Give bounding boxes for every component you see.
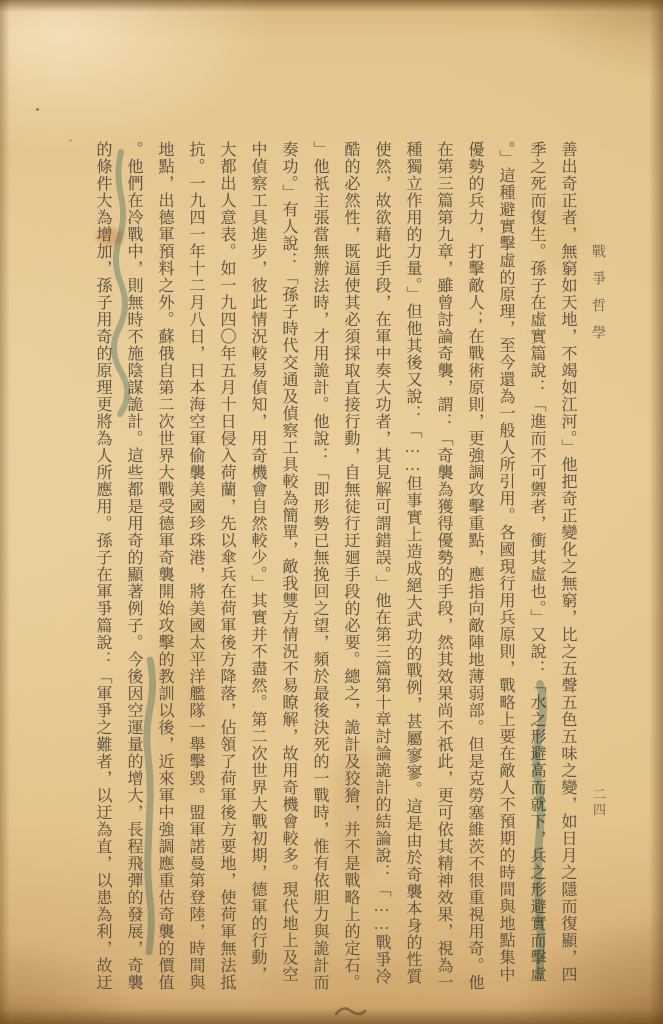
text-column-5: 在第三篇第九章，雖曾討論奇襲，謂：「奇襲為獲得優勢的手段，然其效果尚不祇此，更可… <box>428 141 459 997</box>
text-block: 善出奇正者，無窮如天地，不竭如江河。」他把奇正變化之無窮，比之五聲五色五味之變，… <box>87 141 583 997</box>
text-column-15: 。他們在冷戰中，則無時不施陰謀詭計。這些都是用奇的顯著例子。今後因空運量的增大，… <box>118 141 149 997</box>
text-column-12: 大都出人意表。如一九四〇年五月十日侵入荷蘭，先以傘兵在荷軍後方降落，佔領了荷軍後… <box>211 141 242 997</box>
scanned-book-page: 戰爭哲學 二四 善出奇正者，無窮如天地，不竭如江河。」他把奇正變化之無窮，比之五… <box>0 0 663 1024</box>
text-column-3: 。」這種避實擊虛的原理，至今還為一般人所引用。各國現行用兵原則，戰略上要在敵人不… <box>490 141 521 997</box>
text-column-4: 優勢的兵力，打擊敵人；在戰術原則，更強調攻擊重點，應指向敵陣地薄弱部。但是克勞塞… <box>459 141 490 997</box>
text-column-8: 酷的必然性，既逼使其必須採取直接行動，自無徒行迂廻手段的必要。總之，詭計及狡獪，… <box>335 141 366 997</box>
text-column-14: 地點，出德軍預料之外。蘇俄自第二次世界大戰受德軍奇襲開始攻擊的教訓以後，近來軍中… <box>149 141 180 997</box>
text-column-10: 奏功。」有人說：「孫子時代交通及偵察工具較為簡單，敵我雙方情況不易瞭解，故用奇機… <box>273 141 304 997</box>
foxing-specks <box>36 108 39 111</box>
text-column-7: 使然，故欲藉此手段，在軍中奏大功者，其見解可謂錯誤。」他在第三篇第十章討論詭計的… <box>366 141 397 997</box>
page-number: 二四 <box>589 787 608 819</box>
text-column-13: 抗。一九四一年十二月八日，日本海空軍偷襲美國珍珠港，將美國太平洋艦隊一舉擊毀。盟… <box>180 141 211 997</box>
text-column-16: 的條件大為增加，孫子用奇的原理更將為人所應用。孫子在軍爭篇說：「軍爭之難者，以迂… <box>87 141 118 997</box>
text-column-1: 善出奇正者，無窮如天地，不竭如江河。」他把奇正變化之無窮，比之五聲五色五味之變，… <box>552 141 583 997</box>
text-column-11: 中偵察工具進步，彼此情況較易偵知，用奇機會自然較少。」其實并不盡然。第二次世界大… <box>242 141 273 997</box>
text-column-2: 季之死而復生。孫子在虛實篇說：「進而不可禦者，衝其虛也。」又說：「水之形避高而就… <box>521 141 552 997</box>
running-title: 戰爭哲學 <box>587 244 607 352</box>
text-column-9: 」他祇主張當無辦法時，才用詭計。他說：「即形勢已無挽回之望，頻於最後決死的一戰時… <box>304 141 335 997</box>
pencil-squiggle-icon <box>336 1009 365 1014</box>
text-column-6: 種獨立作用的力量。」但他其後又說：「……但事實上造成絕大武功的戰例，甚屬寥寥。這… <box>397 141 428 997</box>
